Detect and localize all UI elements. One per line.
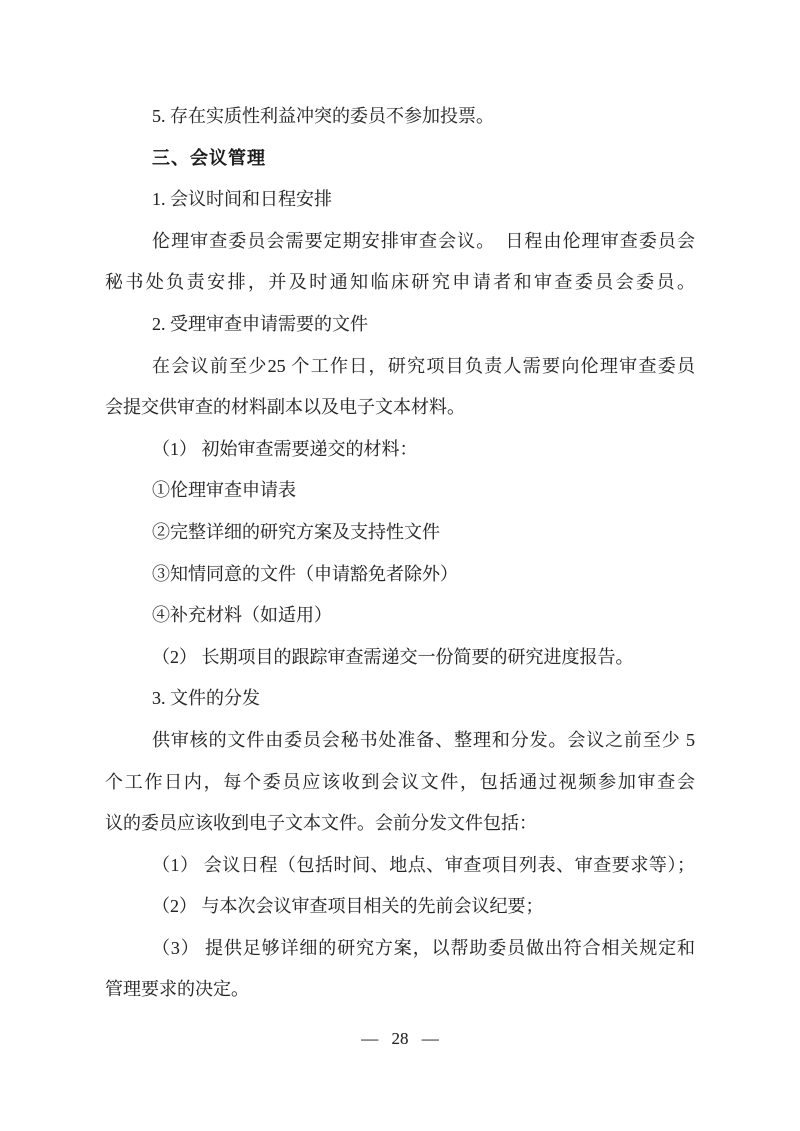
- doc-line: （2） 与本次会议审查项目相关的先前会议纪要；: [105, 886, 695, 928]
- doc-line: 秘书处负责安排，并及时通知临床研究申请者和审查委员会委员。: [105, 262, 695, 304]
- document-body: 5. 存在实质性利益冲突的委员不参加投票。 三、会议管理 1. 会议时间和日程安…: [105, 96, 695, 1011]
- doc-line: 1. 会议时间和日程安排: [105, 179, 695, 221]
- doc-line: 供审核的文件由委员会秘书处准备、整理和分发。会议之前至少 5: [105, 720, 695, 762]
- section-heading-meeting-management: 三、会议管理: [105, 138, 695, 180]
- doc-line-circled-2: ②完整详细的研究方案及支持性文件: [105, 512, 695, 554]
- doc-line: （2） 长期项目的跟踪审查需递交一份简要的研究进度报告。: [105, 637, 695, 679]
- doc-line: 个工作日内，每个委员应该收到会议文件，包括通过视频参加审查会: [105, 762, 695, 804]
- doc-line: 在会议前至少25 个工作日，研究项目负责人需要向伦理审查委员: [105, 346, 695, 388]
- doc-line: （1） 初始审查需要递交的材料：: [105, 429, 695, 471]
- doc-line-circled-4: ④补充材料（如适用）: [105, 595, 695, 637]
- doc-line: （3） 提供足够详细的研究方案，以帮助委员做出符合相关规定和: [105, 928, 695, 970]
- doc-line: 议的委员应该收到电子文本文件。会前分发文件包括：: [105, 803, 695, 845]
- doc-line: 5. 存在实质性利益冲突的委员不参加投票。: [105, 96, 695, 138]
- doc-line-circled-1: ①伦理审查申请表: [105, 470, 695, 512]
- doc-line-circled-3: ③知情同意的文件（申请豁免者除外）: [105, 554, 695, 596]
- doc-line: （1） 会议日程（包括时间、地点、审查项目列表、审查要求等）；: [105, 845, 695, 887]
- document-page: 5. 存在实质性利益冲突的委员不参加投票。 三、会议管理 1. 会议时间和日程安…: [0, 0, 800, 1131]
- doc-line: 3. 文件的分发: [105, 678, 695, 720]
- doc-line: 管理要求的决定。: [105, 969, 695, 1011]
- doc-line: 会提交供审查的材料副本以及电子文本材料。: [105, 387, 695, 429]
- page-number: — 28 —: [0, 1024, 800, 1054]
- doc-line: 2. 受理审查申请需要的文件: [105, 304, 695, 346]
- doc-line: 伦理审查委员会需要定期安排审查会议。 日程由伦理审查委员会: [105, 221, 695, 263]
